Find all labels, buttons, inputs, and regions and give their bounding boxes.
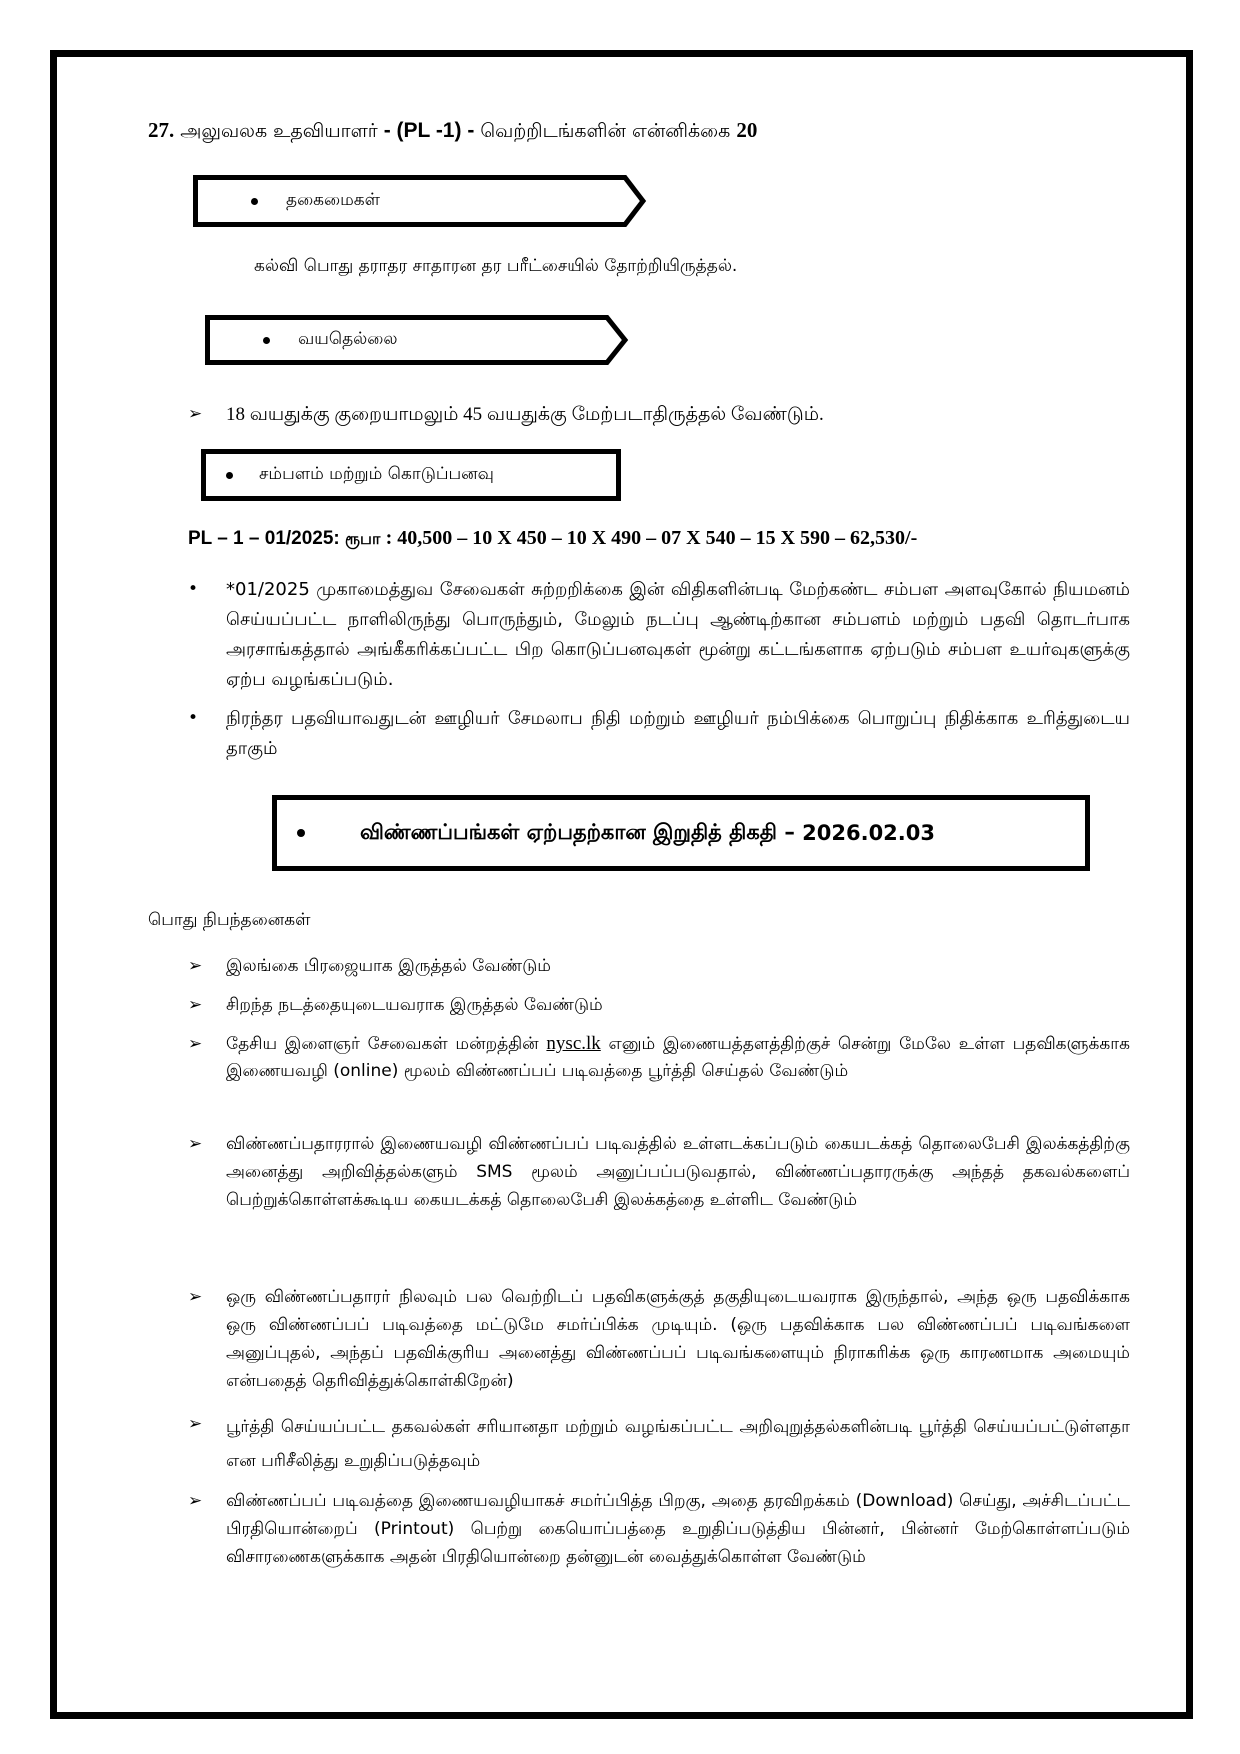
deadline-date: 2026.02.03 [802, 821, 935, 845]
bullet-icon [297, 829, 305, 837]
salary-label: சம்பளம் மற்றும் கொடுப்பனவு [259, 464, 494, 486]
arrow-bullet-icon: ➢ [188, 1487, 226, 1571]
salary-note-text: நிரந்தர பதவியாவதுடன் ஊழியர் சேமலாப நிதி … [226, 704, 1130, 764]
deadline-label: விண்ணப்பங்கள் ஏற்பதற்கான இறுதித் திகதி – [360, 820, 795, 847]
qualifications-label: தகைமைகள் [286, 190, 380, 212]
age-limit-item: ➢ 18 வயதுக்கு குறையாமலும் 45 வயதுக்கு மே… [188, 400, 1048, 430]
arrow-bullet-icon: ➢ [188, 1130, 226, 1214]
general-conditions-title: பொது நிபந்தனைகள் [148, 906, 310, 935]
post-title: அலுவலக உதவியாளர் [180, 120, 377, 142]
currency-label: ரூபா [345, 531, 380, 548]
arrow-bullet-icon: ➢ [188, 400, 226, 430]
condition-text: விண்ணப்பதாரரால் இணையவழி விண்ணப்பப் படிவத… [226, 1130, 1130, 1214]
salary-scale-prefix: PL – 1 – 01/2025: [188, 528, 340, 549]
application-deadline-box: விண்ணப்பங்கள் ஏற்பதற்கான இறுதித் திகதி –… [272, 795, 1090, 871]
condition-text: தேசிய இளைஞர் சேவைகள் மன்றத்தின் [226, 1034, 539, 1054]
post-number: 27. [148, 118, 174, 142]
condition-text: பூர்த்தி செய்யப்பட்ட தகவல்கள் சரியானதா ம… [226, 1410, 1130, 1478]
bullet-icon [251, 198, 258, 205]
age-limit-text: 18 வயதுக்கு குறையாமலும் 45 வயதுக்கு மேற்… [226, 404, 824, 425]
vacancies-label: வெற்றிடங்களின் என்னிக்கை [480, 120, 730, 142]
arrow-bullet-icon: ➢ [188, 1410, 226, 1478]
arrow-bullet-icon: ➢ [188, 991, 226, 1020]
bullet-icon [263, 337, 270, 344]
salary-section-box: சம்பளம் மற்றும் கொடுப்பனவு [201, 449, 621, 501]
arrow-bullet-icon: ➢ [188, 1030, 226, 1085]
vacancies-count: 20 [736, 118, 757, 142]
condition-item: ➢ பூர்த்தி செய்யப்பட்ட தகவல்கள் சரியானதா… [188, 1410, 1130, 1478]
condition-item: ➢ தேசிய இளைஞர் சேவைகள் மன்றத்தின் nysc.l… [188, 1030, 1130, 1085]
condition-item: ➢ ஒரு விண்ணப்பதாரர் நிலவும் பல வெற்றிடப்… [188, 1283, 1130, 1395]
arrow-bullet-icon: ➢ [188, 952, 226, 981]
salary-note: • நிரந்தர பதவியாவதுடன் ஊழியர் சேமலாப நித… [188, 704, 1130, 764]
condition-item: ➢ விண்ணப்பப் படிவத்தை இணையவழியாகச் சமர்ப… [188, 1487, 1130, 1571]
age-limit-label: வயதெல்லை [298, 329, 397, 351]
qualifications-text: கல்வி பொது தராதர சாதாரன தர பரீட்சையில் த… [254, 252, 737, 281]
arrow-bullet-icon: ➢ [188, 1283, 226, 1395]
condition-item: ➢ விண்ணப்பதாரரால் இணையவழி விண்ணப்பப் படி… [188, 1130, 1130, 1214]
bullet-icon: • [188, 704, 226, 764]
nysc-website-link[interactable]: nysc.lk [546, 1033, 600, 1054]
condition-text: விண்ணப்பப் படிவத்தை இணையவழியாகச் சமர்ப்ப… [226, 1487, 1130, 1571]
condition-item: ➢ சிறந்த நடத்தையுடையவராக இருத்தல் வேண்டு… [188, 991, 1130, 1020]
bullet-icon [226, 472, 233, 479]
salary-note: • *01/2025 முகாமைத்துவ சேவைகள் சுற்றறிக்… [188, 575, 1130, 695]
condition-text: ஒரு விண்ணப்பதாரர் நிலவும் பல வெற்றிடப் ப… [226, 1283, 1130, 1395]
salary-scale: PL – 1 – 01/2025: ரூபா : 40,500 – 10 X 4… [188, 527, 917, 550]
condition-text: சிறந்த நடத்தையுடையவராக இருத்தல் வேண்டும் [226, 991, 603, 1020]
condition-text: இலங்கை பிரஜையாக இருத்தல் வேண்டும் [226, 952, 551, 981]
condition-item: ➢ இலங்கை பிரஜையாக இருத்தல் வேண்டும் [188, 952, 1130, 981]
post-grade: - (PL -1) - [384, 119, 475, 142]
bullet-icon: • [188, 575, 226, 695]
post-heading: 27. அலுவலக உதவியாளர் - (PL -1) - வெற்றிட… [148, 118, 757, 145]
salary-scale-values: : 40,500 – 10 X 450 – 10 X 490 – 07 X 54… [386, 527, 918, 549]
salary-note-text: *01/2025 முகாமைத்துவ சேவைகள் சுற்றறிக்கை… [226, 575, 1130, 695]
